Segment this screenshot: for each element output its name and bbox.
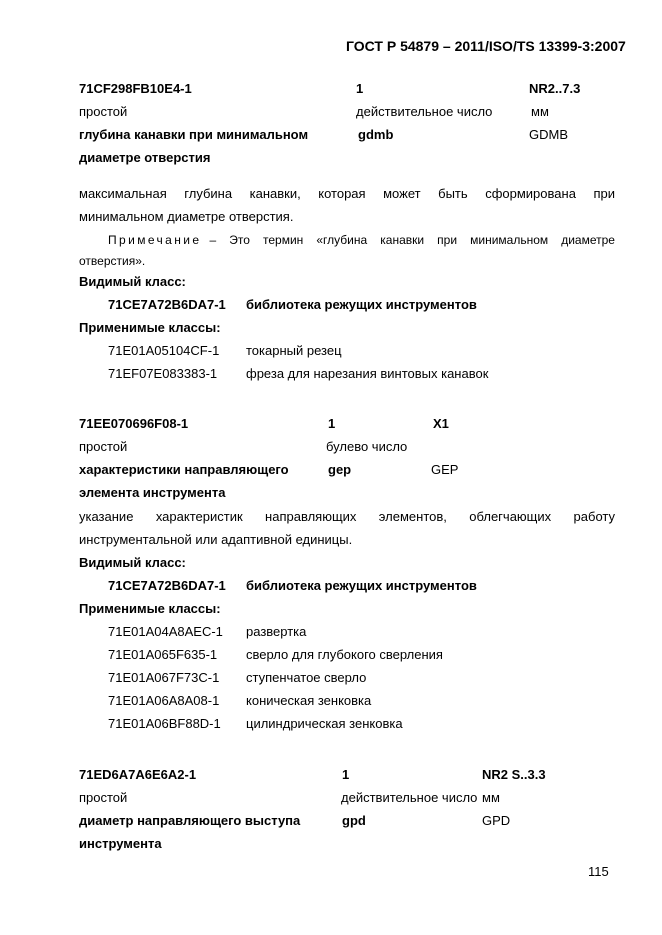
note-w6: минимальном [470,232,548,248]
entry-unit-code: NR2 S..3.3 [482,767,546,783]
note-text-wrapper: – Это термин «глубина канавки при минима… [201,232,615,248]
applicable-class-id: 71E01A067F73C-1 [108,670,219,686]
applicable-class-name: цилиндрическая зенковка [246,716,403,732]
entry-version: 1 [356,81,363,97]
entry-definition-line1: указание характеристик направляющих элем… [79,509,615,525]
entry-name-line1: глубина канавки при минимальном [79,127,308,143]
entry-note-line2: отверстия». [79,253,145,269]
page-number: 115 [588,864,609,880]
visible-class-id: 71CE7A72B6DA7-1 [108,297,226,313]
entry-unit-code: X1 [433,416,449,432]
entry-kind: простой [79,439,127,455]
note-w7: диаметре [561,232,615,248]
entry-id: 71CF298FB10E4-1 [79,81,192,97]
document-header: ГОСТ Р 54879 – 2011/ISO/TS 13399-3:2007 [346,38,626,54]
applicable-class-id: 71E01A065F635-1 [108,647,217,663]
entry-version: 1 [342,767,349,783]
entry-name-line2: инструмента [79,836,162,852]
entry-name-line1: характеристики направляющего [79,462,289,478]
applicable-class-id: 71E01A04A8AEC-1 [108,624,223,640]
note-w2: термин [263,232,303,248]
entry-datatype: булево число [326,439,407,455]
entry-definition-line2: инструментальной или адаптивной единицы. [79,532,352,548]
entry-id: 71ED6A7A6E6A2-1 [79,767,196,783]
entry-symbol: gdmb [358,127,393,143]
entry-symbol: gep [328,462,351,478]
note-w5: при [437,232,457,248]
entry-definition-line2: минимальном диаметре отверстия. [79,209,293,225]
entry-kind: простой [79,790,127,806]
entry-name-line2: элемента инструмента [79,485,225,501]
applicable-class-id: 71E01A06BF88D-1 [108,716,221,732]
note-w1: Это [229,232,250,248]
entry-datatype: действительное число [356,104,492,120]
entry-symbol: gpd [342,813,366,829]
entry-code: GPD [482,813,510,829]
applicable-class-name: фреза для нарезания винтовых канавок [246,366,488,382]
visible-class-name: библиотека режущих инструментов [246,578,477,594]
entry-definition-line1: максимальная глубина канавки, которая мо… [79,186,615,202]
note-w4: канавки [380,232,424,248]
entry-unit-code: NR2..7.3 [529,81,580,97]
entry-name-line2: диаметре отверстия [79,150,210,166]
entry-code: GDMB [529,127,568,143]
note-dash: – [209,232,216,248]
note-label: Примечание [108,232,201,248]
entry-code: GEP [431,462,458,478]
entry-name-line1: диаметр направляющего выступа [79,813,300,829]
applicable-classes-label: Применимые классы: [79,320,221,336]
applicable-class-id: 71E01A06A8A08-1 [108,693,219,709]
entry-kind: простой [79,104,127,120]
entry-datatype: действительное число [341,790,477,806]
applicable-class-name: развертка [246,624,306,640]
entry-unit: мм [482,790,500,806]
entry-id: 71EE070696F08-1 [79,416,188,432]
applicable-class-id: 71E01A05104CF-1 [108,343,219,359]
applicable-classes-label: Применимые классы: [79,601,221,617]
applicable-class-name: токарный резец [246,343,342,359]
applicable-class-name: ступенчатое сверло [246,670,366,686]
applicable-class-id: 71EF07E083383-1 [108,366,217,382]
entry-unit: мм [531,104,549,120]
visible-class-label: Видимый класс: [79,274,186,290]
entry-version: 1 [328,416,335,432]
note-w3: «глубина [316,232,367,248]
visible-class-label: Видимый класс: [79,555,186,571]
visible-class-name: библиотека режущих инструментов [246,297,477,313]
applicable-class-name: коническая зенковка [246,693,371,709]
visible-class-id: 71CE7A72B6DA7-1 [108,578,226,594]
entry-note-line1: Примечание – Это термин «глубина канавки… [108,232,615,248]
applicable-class-name: сверло для глубокого сверления [246,647,443,663]
